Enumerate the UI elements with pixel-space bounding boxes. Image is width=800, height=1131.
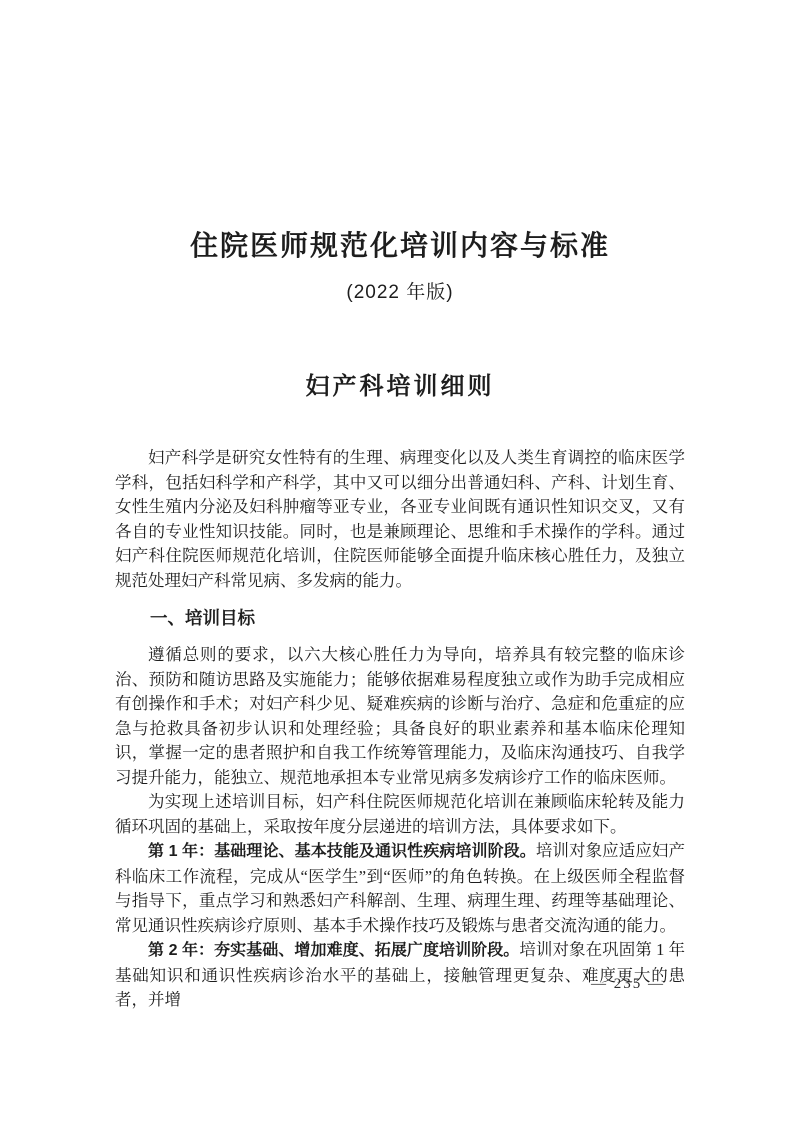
intro-text: 妇产科学是研究女性特有的生理、病理变化以及人类生育调控的临床医学学科，包括妇科学… — [115, 448, 685, 590]
document-subtitle: 妇产科培训细则 — [0, 366, 800, 401]
year2-stage-lead: 第 2 年：夯实基础、增加难度、拓展广度培训阶段。 — [148, 942, 519, 959]
training-goal-paragraph: 遵循总则的要求，以六大核心胜任力为导向，培养具有较完整的临床诊治、预防和随访思路… — [115, 643, 685, 790]
document-page: 住院医师规范化培训内容与标准 (2022 年版) 妇产科培训细则 妇产科学是研究… — [0, 0, 800, 1131]
year1-paragraph: 第 1 年：基础理论、基本技能及通识性疾病培训阶段。培训对象应适应妇产科临床工作… — [115, 839, 685, 938]
year1-stage-lead: 第 1 年：基础理论、基本技能及通识性疾病培训阶段。 — [148, 843, 536, 860]
intro-paragraph: 妇产科学是研究女性特有的生理、病理变化以及人类生育调控的临床医学学科，包括妇科学… — [115, 446, 685, 593]
page-title: 住院医师规范化培训内容与标准 — [0, 224, 800, 264]
page-number: — 235 — — [591, 976, 665, 993]
training-method-paragraph: 为实现上述培训目标，妇产科住院医师规范化培训在兼顾临床轮转及能力循环巩固的基础上… — [115, 790, 685, 839]
training-method-text: 为实现上述培训目标，妇产科住院医师规范化培训在兼顾临床轮转及能力循环巩固的基础上… — [115, 792, 685, 836]
body-text: 妇产科学是研究女性特有的生理、病理变化以及人类生育调控的临床医学学科，包括妇科学… — [115, 446, 685, 1013]
section-heading-training-goals: 一、培训目标 — [115, 606, 685, 630]
edition-label: (2022 年版) — [0, 277, 800, 304]
training-goal-text: 遵循总则的要求，以六大核心胜任力为导向，培养具有较完整的临床诊治、预防和随访思路… — [115, 645, 685, 787]
